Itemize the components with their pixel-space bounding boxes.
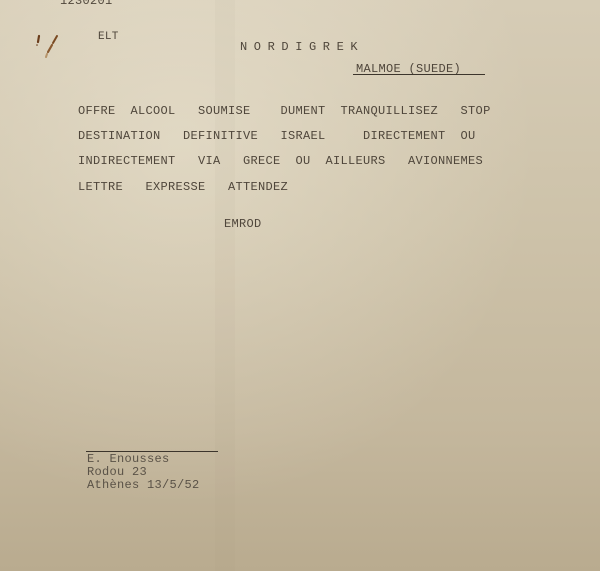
message-line-4: LETTRE EXPRESSE ATTENDEZ bbox=[78, 180, 288, 194]
sender-street: Rodou 23 bbox=[87, 465, 147, 479]
message-line-1: OFFRE ALCOOL SOUMISE DUMENT TRANQUILLISE… bbox=[78, 104, 491, 118]
sender-city-date: Athènes 13/5/52 bbox=[87, 478, 200, 492]
faint-header-stamp: 1230201 bbox=[60, 0, 113, 8]
ink-stain-icon bbox=[34, 33, 64, 61]
message-line-3: INDIRECTEMENT VIA GRECE OU AILLEURS AVIO… bbox=[78, 154, 483, 168]
paper-fold-shadow bbox=[215, 0, 235, 571]
service-code: ELT bbox=[98, 31, 119, 43]
destination-underline bbox=[353, 74, 485, 75]
message-line-2: DESTINATION DEFINITIVE ISRAEL DIRECTEMEN… bbox=[78, 129, 476, 143]
sender-name: E. Enousses bbox=[87, 452, 170, 466]
telegram-addressee: NORDIGREK bbox=[240, 40, 364, 54]
signature: EMROD bbox=[224, 217, 262, 231]
